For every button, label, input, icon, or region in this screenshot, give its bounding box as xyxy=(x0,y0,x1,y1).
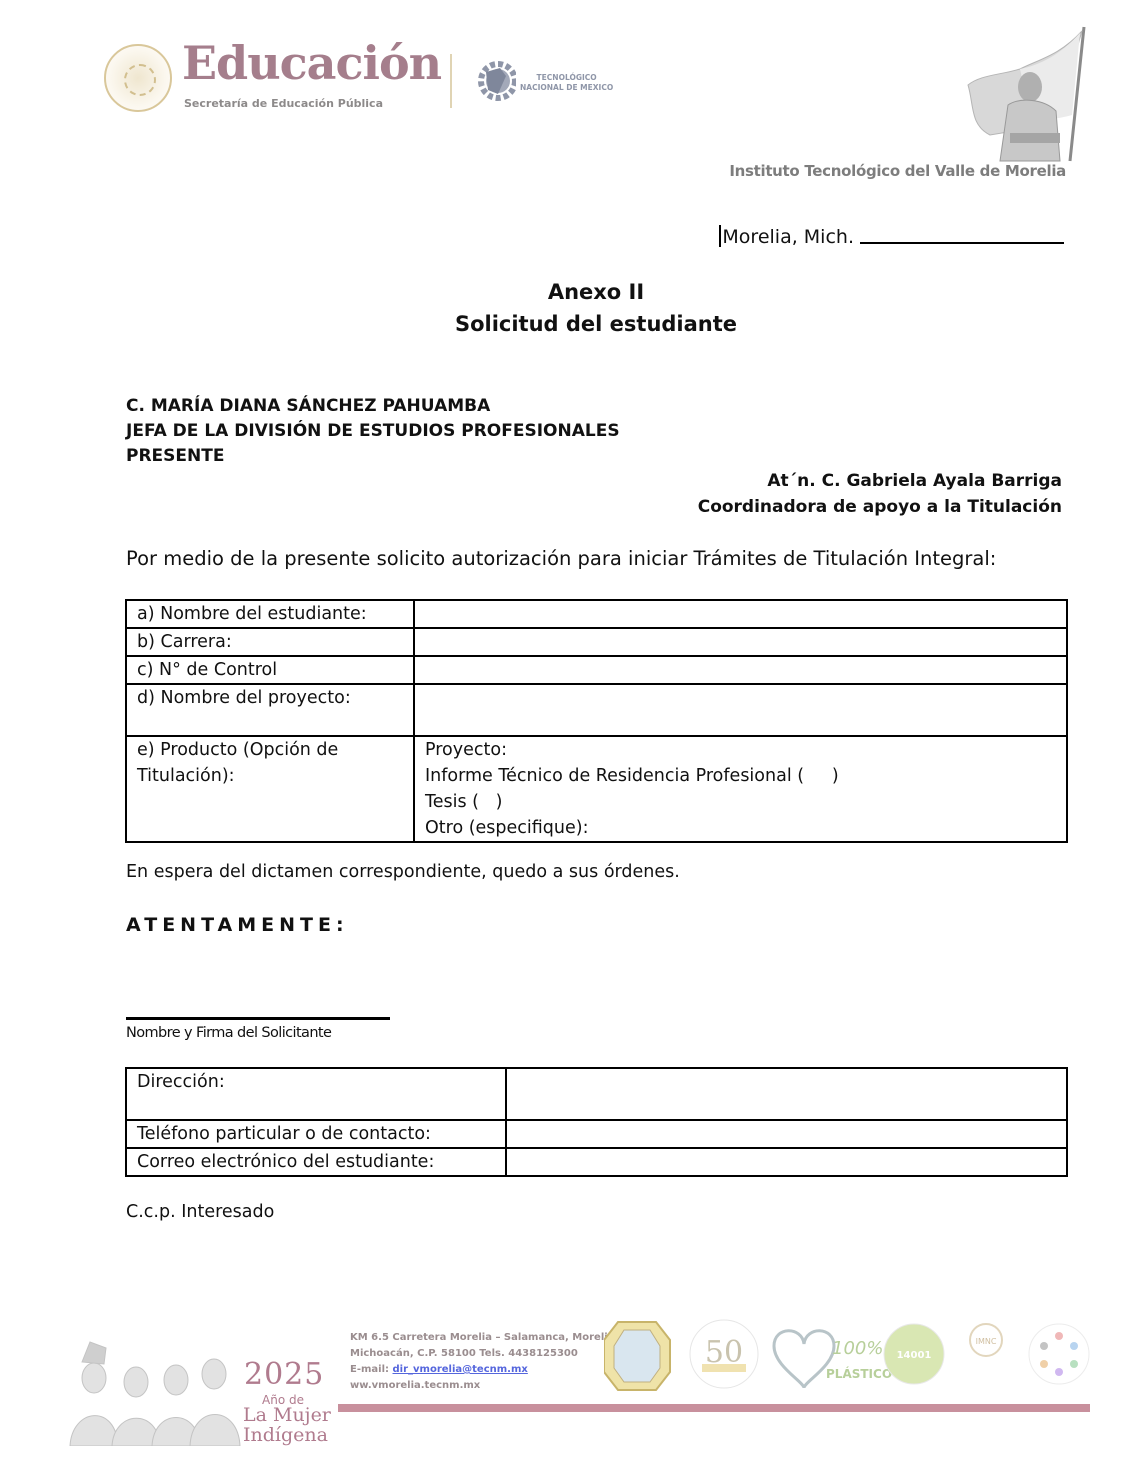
closing-paragraph: En espera del dictamen correspondiente, … xyxy=(126,862,680,882)
phone-label: Teléfono particular o de contacto: xyxy=(126,1120,506,1148)
50-anniversary-icon: 50 xyxy=(690,1320,758,1388)
indigenous-women-illustration xyxy=(66,1338,241,1446)
tecnm-line2: NACIONAL DE MEXICO xyxy=(520,83,613,93)
flag-woman-illustration xyxy=(960,25,1090,163)
option-proyecto[interactable]: Proyecto: xyxy=(425,737,1056,763)
attention-block: At´n. C. Gabriela Ayala Barriga Coordina… xyxy=(698,468,1062,520)
date-line: Morelia, Mich. xyxy=(719,224,1064,248)
addressee-name: C. MARÍA DIANA SÁNCHEZ PAHUAMBA xyxy=(126,394,620,419)
email-prefix: E-mail: xyxy=(350,1364,393,1375)
phone-field[interactable] xyxy=(506,1120,1067,1148)
svg-text:100%: 100% xyxy=(832,1338,883,1359)
attention-position: Coordinadora de apoyo a la Titulación xyxy=(698,494,1062,520)
career-field[interactable] xyxy=(414,628,1067,656)
project-name-label: d) Nombre del proyecto: xyxy=(126,684,414,736)
option-otro[interactable]: Otro (especifique): xyxy=(425,815,1056,841)
intro-paragraph: Por medio de la presente solicito autori… xyxy=(126,547,996,570)
annex-title: Anexo II xyxy=(0,280,1140,304)
student-info-table: a) Nombre del estudiante: b) Carrera: c)… xyxy=(125,599,1068,843)
logo-divider xyxy=(450,54,452,108)
footer-accent-bar xyxy=(338,1404,1090,1412)
email-field[interactable] xyxy=(506,1148,1067,1176)
address-line1: KM 6.5 Carretera Morelia – Salamanca, Mo… xyxy=(350,1330,618,1346)
year-motto-line2: La Mujer xyxy=(243,1405,331,1425)
year-2025: 2025 xyxy=(244,1360,324,1390)
table-row: e) Producto (Opción de Titulación): Proy… xyxy=(126,736,1067,842)
table-row: Teléfono particular o de contacto: xyxy=(126,1120,1067,1148)
table-row: a) Nombre del estudiante: xyxy=(126,600,1067,628)
regards-heading: ATENTAMENTE: xyxy=(126,914,349,936)
iso-14001-icon: 14001 xyxy=(884,1324,944,1384)
mexico-coat-of-arms-logo xyxy=(104,44,172,112)
table-row: Correo electrónico del estudiante: xyxy=(126,1148,1067,1176)
labor-equality-icon xyxy=(1029,1324,1089,1384)
plastic-free-icon: 100% PLÁSTICO xyxy=(774,1331,892,1388)
table-row: c) N° de Control xyxy=(126,656,1067,684)
control-number-label: c) N° de Control xyxy=(126,656,414,684)
address-field[interactable] xyxy=(506,1068,1067,1120)
addressee-block: C. MARÍA DIANA SÁNCHEZ PAHUAMBA JEFA DE … xyxy=(126,394,620,469)
address-label: Dirección: xyxy=(126,1068,506,1120)
student-name-label: a) Nombre del estudiante: xyxy=(126,600,414,628)
tecnm-logo-text: TECNOLÓGICO NACIONAL DE MEXICO xyxy=(520,73,613,93)
document-title: Solicitud del estudiante xyxy=(0,312,1140,336)
tecnm-line1: TECNOLÓGICO xyxy=(520,73,613,83)
ccp-note: C.c.p. Interesado xyxy=(126,1202,274,1222)
career-label: b) Carrera: xyxy=(126,628,414,656)
email-label: Correo electrónico del estudiante: xyxy=(126,1148,506,1176)
svg-text:14001: 14001 xyxy=(897,1350,932,1361)
option-tesis[interactable]: Tesis ( ) xyxy=(425,789,1056,815)
energy-management-icon: IMNC xyxy=(970,1324,1002,1356)
itvm-shield-icon xyxy=(604,1322,670,1390)
table-row: b) Carrera: xyxy=(126,628,1067,656)
email-link[interactable]: dir_vmorelia@tecnm.mx xyxy=(393,1364,528,1375)
year-motto-line3: Indígena xyxy=(243,1425,331,1445)
contact-info: KM 6.5 Carretera Morelia – Salamanca, Mo… xyxy=(350,1330,618,1394)
date-place-label: Morelia, Mich. xyxy=(722,226,854,248)
institute-name: Instituto Tecnológico del Valle de Morel… xyxy=(729,162,1066,180)
contact-info-table: Dirección: Teléfono particular o de cont… xyxy=(125,1067,1068,1177)
sep-subtitle: Secretaría de Educación Pública xyxy=(184,97,383,110)
table-row: Dirección: xyxy=(126,1068,1067,1120)
year-motto: La Mujer Indígena xyxy=(243,1405,331,1445)
control-number-field[interactable] xyxy=(414,656,1067,684)
student-name-field[interactable] xyxy=(414,600,1067,628)
project-name-field[interactable] xyxy=(414,684,1067,736)
tecnm-gear-logo xyxy=(476,54,516,108)
date-field[interactable] xyxy=(860,224,1064,244)
table-row: d) Nombre del proyecto: xyxy=(126,684,1067,736)
signature-line[interactable] xyxy=(126,1017,390,1020)
addressee-position: JEFA DE LA DIVISIÓN DE ESTUDIOS PROFESIO… xyxy=(126,419,620,444)
product-options-cell[interactable]: Proyecto: Informe Técnico de Residencia … xyxy=(414,736,1067,842)
product-option-label: e) Producto (Opción de Titulación): xyxy=(126,736,414,842)
certification-badges: 50 100% PLÁSTICO 14001 IMNC xyxy=(604,1316,1094,1394)
attention-name: At´n. C. Gabriela Ayala Barriga xyxy=(698,468,1062,494)
educacion-logo-title: Educación xyxy=(182,40,441,86)
email-line: E-mail: dir_vmorelia@tecnm.mx xyxy=(350,1362,618,1378)
address-line2: Michoacán, C.P. 58100 Tels. 4438125300 xyxy=(350,1346,618,1362)
website-line: ww.vmorelia.tecnm.mx xyxy=(350,1378,618,1394)
svg-text:PLÁSTICO: PLÁSTICO xyxy=(826,1366,892,1381)
signature-label: Nombre y Firma del Solicitante xyxy=(126,1025,331,1041)
addressee-present: PRESENTE xyxy=(126,444,620,469)
svg-text:IMNC: IMNC xyxy=(976,1337,997,1346)
option-informe-tecnico[interactable]: Informe Técnico de Residencia Profesiona… xyxy=(425,763,1056,789)
